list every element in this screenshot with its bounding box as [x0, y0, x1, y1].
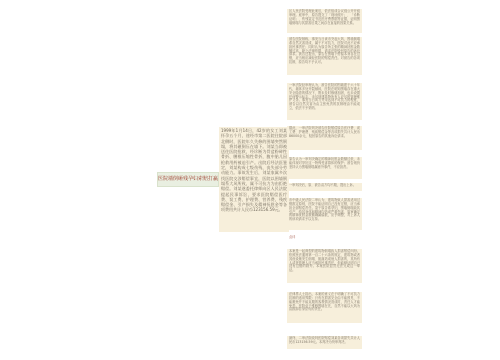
lead-paragraph: 1999年1月14日，42岁的女工刘某怀孕五个月，途经市第二医院住院部北侧时，医…	[219, 127, 289, 232]
case-paragraph: 本案是一起典型的建筑物倒塌致人损害赔偿纠纷。依照民法通则第一百二十六条的规定，建…	[287, 249, 362, 283]
case-paragraph: 一审判决后，原、被告双方均不服，提出上诉。	[287, 183, 362, 191]
case-paragraph: 据此，一审法院判决被告医院赔偿原告医疗费、误工费、护理费、残疾赔偿金等各项损失共…	[287, 126, 362, 150]
case-paragraph: 最终，二审法院改判医院赔偿刘某各项损失共计人民币123156.59元。本判决为终…	[287, 336, 362, 349]
article-page: 医院墙倒砸残孕妇索赔打赢 1999年1月14日，42岁的女工刘某怀孕五个月，途经…	[0, 0, 500, 360]
commentary-label: 点评	[287, 235, 301, 241]
article-title-link[interactable]: 医院墙倒砸残孕妇索赔打赢	[157, 172, 219, 187]
case-paragraph: 区人民法院受理此案后，依法组成合议庭公开开庭审理。庭审中，原告提交了「现场照片」…	[287, 9, 362, 33]
case-paragraph: 原告认为一审判决确定的精神抚慰金数额过低，未能体现对孕妇这一特殊受害群体的保护；…	[287, 157, 362, 179]
case-paragraph: 法律界人士指出，本案的意义在于明确了不可抗力抗辩的适用界限：只有在损害完全由不能…	[287, 292, 362, 323]
case-paragraph: 被告医院辩称，事发当日该市突起大风，围墙倒塌系自然灾害造成，属于不可抗力，医院对…	[287, 37, 362, 75]
case-paragraph: 市中级人民法院二审认为，建筑物致人损害适用过错推定原则，医院不能证明自己没有过错…	[287, 198, 362, 230]
case-paragraph: 一审法院经审理认为，被告医院的围墙建于六十年代，墙体多处开裂倾斜，医院在明知围墙…	[287, 83, 362, 120]
